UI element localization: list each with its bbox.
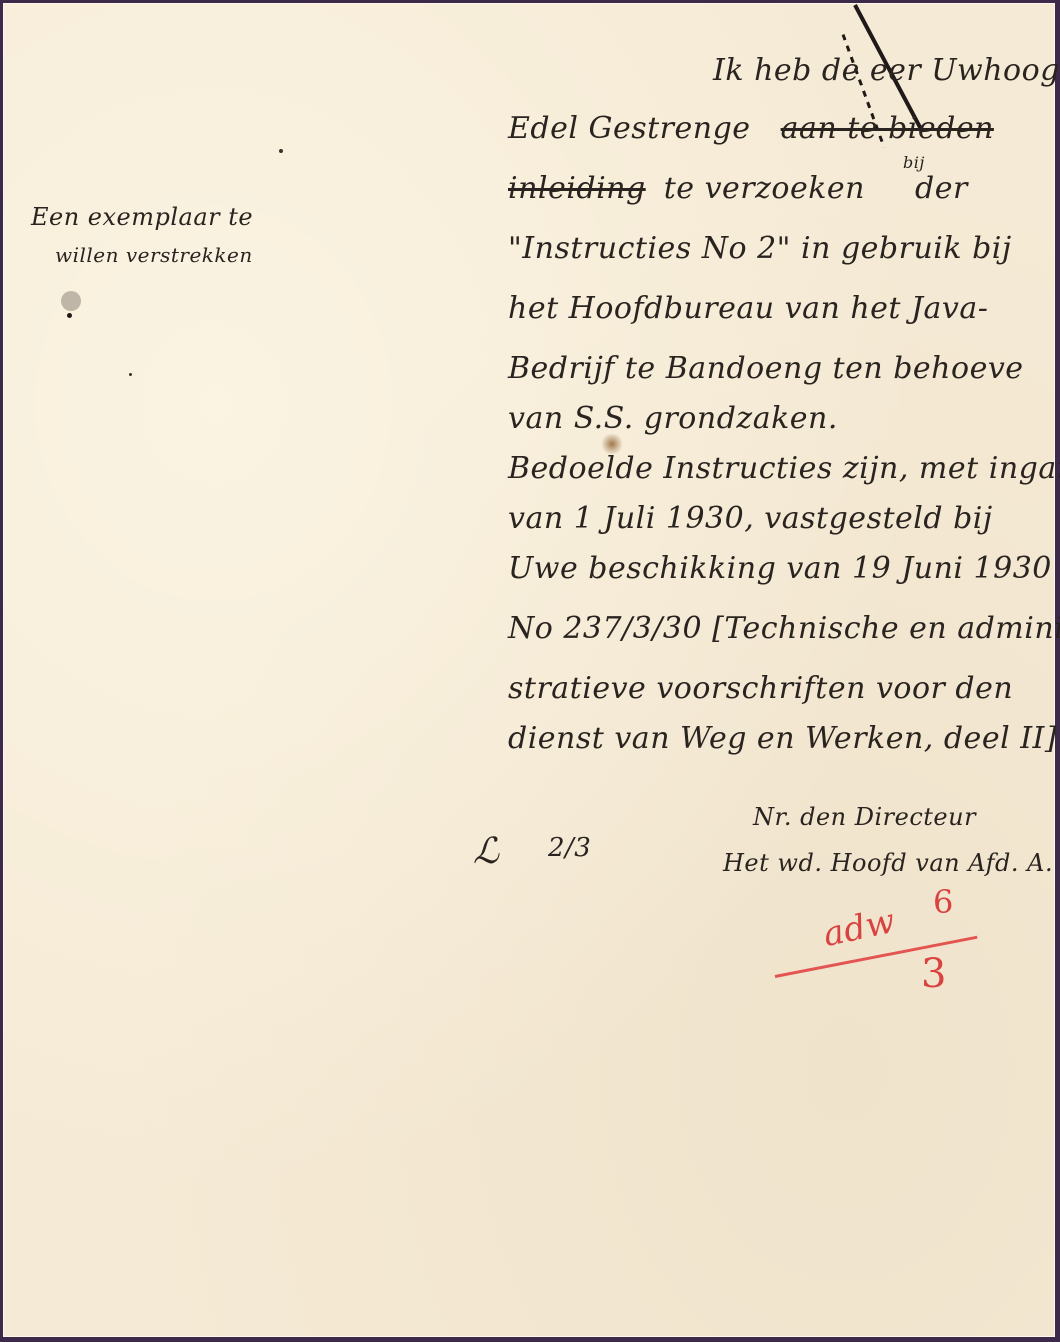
- body-line: stratieve voorschriften voor den: [508, 671, 1013, 706]
- margin-note: Een exemplaar te: [31, 203, 253, 231]
- closing-line: Nr. den Directeur: [753, 803, 976, 831]
- body-line: van S.S. grondzaken.: [508, 401, 838, 436]
- body-line: Bedoelde Instructies zijn, met ingang: [508, 451, 1060, 486]
- insertion-text: bij: [903, 153, 925, 172]
- body-text: Edel Gestrenge: [508, 111, 751, 146]
- margin-note: willen verstrekken: [55, 243, 253, 267]
- body-line: dienst van Weg en Werken, deel II].: [508, 721, 1060, 756]
- ink-dot: [129, 373, 132, 376]
- ink-dot: [67, 313, 72, 318]
- body-line: van 1 Juli 1930, vastgesteld bij: [508, 501, 993, 536]
- body-line: No 237/3/30 [Technische en admini-: [508, 611, 1060, 646]
- document-page: Ik heb de eer Uwhoog- Edel Gestrenge aan…: [3, 3, 1055, 1337]
- struck-text: inleiding: [508, 171, 646, 206]
- ink-blot: [61, 291, 81, 311]
- body-line: Edel Gestrenge aan te bieden: [508, 111, 994, 146]
- ink-dot: [279, 149, 283, 153]
- body-line: Ik heb de eer Uwhoog-: [713, 53, 1060, 88]
- body-line: Bedrijf te Bandoeng ten behoeve: [508, 351, 1024, 386]
- red-annotation-denominator: 3: [921, 951, 947, 997]
- closing-line: Het wd. Hoofd van Afd. A.: [723, 849, 1053, 877]
- struck-text: aan te bieden: [781, 111, 994, 146]
- paraph-date: 2/3: [548, 833, 591, 863]
- paraph-initials: ℒ: [473, 831, 499, 872]
- red-annotation-text: adw: [820, 901, 899, 955]
- body-line: Uwe beschikking van 19 Juni 1930: [508, 551, 1052, 586]
- red-annotation-numerator: 6: [933, 883, 954, 921]
- body-line: het Hoofdbureau van het Java-: [508, 291, 988, 326]
- body-line: inleiding te verzoeken der: [508, 171, 968, 206]
- body-text: te verzoeken: [664, 171, 865, 206]
- body-text: der: [915, 171, 968, 206]
- body-line: "Instructies No 2" in gebruik bij: [508, 231, 1012, 266]
